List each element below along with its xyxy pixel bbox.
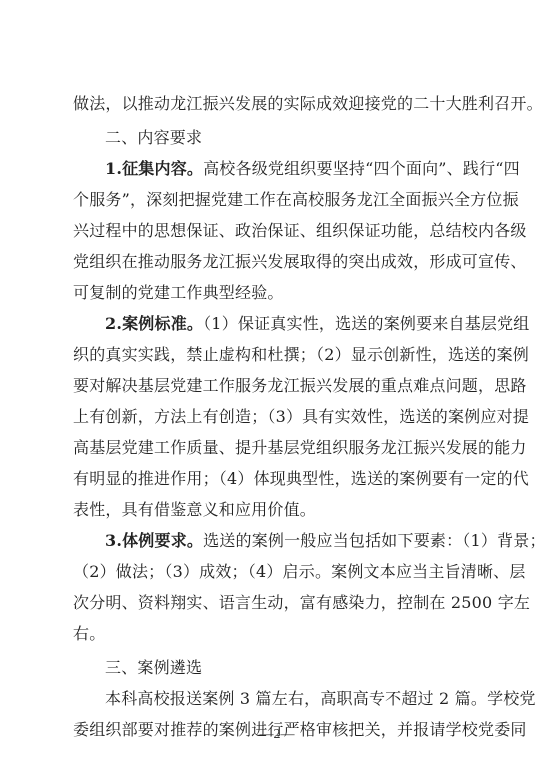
item-2-first-line: 2.案例标准。（1）保证真实性，选送的案例要来自基层党组 [73,308,491,339]
section-heading-case-selection: 三、案例遴选 [73,652,491,683]
item-2-line: 有明显的推进作用；（4）体现典型性，选送的案例要有一定的代 [73,463,491,494]
item-2-lead: 2.案例标准。 [105,314,203,333]
item-1-line: 兴过程中的思想保证、政治保证、组织保证功能，总结校内各级 [73,215,491,246]
paragraph-continuation-line: 做法，以推动龙江振兴发展的实际成效迎接党的二十大胜利召开。 [73,88,491,119]
item-1-line: 可复制的党建工作典型经验。 [73,277,491,308]
selection-paragraph-first-line: 本科高校报送案例 3 篇左右，高职高专不超过 2 篇。学校党 [73,683,491,714]
item-3-line: （2）做法；（3）成效；（4）启示。案例文本应当主旨清晰、层 [73,556,491,587]
item-2-first-line-text: （1）保证真实性，选送的案例要来自基层党组 [203,314,529,333]
item-2-line: 表性，具有借鉴意义和应用价值。 [73,494,491,525]
item-1-first-line-text: 高校各级党组织要坚持“四个面向”、践行“四 [203,159,520,178]
item-1-lead: 1.征集内容。 [105,159,203,178]
item-1-line: 个服务”，深刻把握党建工作在高校服务龙江全面振兴全方位振 [73,184,491,215]
item-1-line: 党组织在推动服务龙江振兴发展取得的突出成效，形成可宣传、 [73,246,491,277]
item-2-line: 织的真实实践，禁止虚构和杜撰；（2）显示创新性，选送的案例 [73,339,491,370]
item-3-lead: 3.体例要求。 [105,531,203,550]
item-2-line: 上有创新，方法上有创造；（3）具有实效性，选送的案例应对提 [73,401,491,432]
section-heading-content-requirements: 二、内容要求 [73,122,491,153]
document-body: 做法，以推动龙江振兴发展的实际成效迎接党的二十大胜利召开。 二、内容要求 1.征… [73,88,491,745]
item-1-first-line: 1.征集内容。高校各级党组织要坚持“四个面向”、践行“四 [73,153,491,184]
item-3-first-line-text: 选送的案例一般应当包括如下要素：（1）背景； [203,531,546,550]
item-2-line: 要对解决基层党建工作服务龙江振兴发展的重点难点问题，思路 [73,370,491,401]
item-3-line: 右。 [73,618,491,649]
page-number: —2— [0,727,554,743]
document-page: 做法，以推动龙江振兴发展的实际成效迎接党的二十大胜利召开。 二、内容要求 1.征… [0,0,554,784]
item-3-first-line: 3.体例要求。选送的案例一般应当包括如下要素：（1）背景； [73,525,491,556]
item-2-line: 高基层党建工作质量、提升基层党组织服务龙江振兴发展的能力 [73,432,491,463]
item-3-line: 次分明、资料翔实、语言生动，富有感染力，控制在 2500 字左 [73,587,491,618]
